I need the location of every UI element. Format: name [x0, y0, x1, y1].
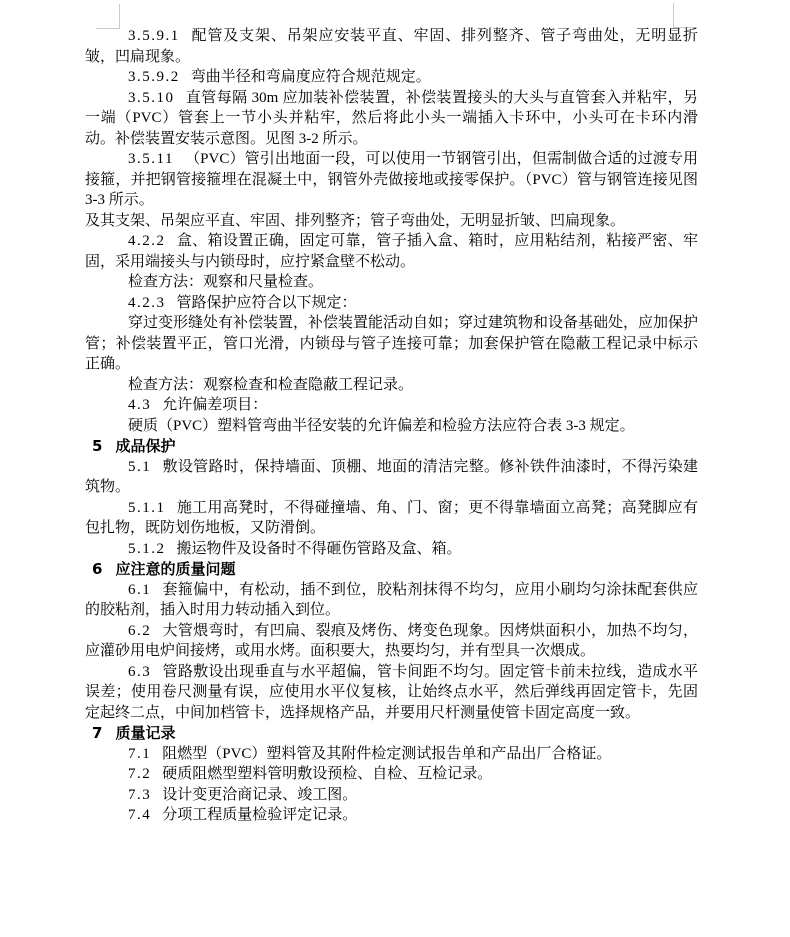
- clause-5-1-1[interactable]: 5.1.1施工用高凳时，不得碰撞墙、角、门、窗；更不得靠墙面立高凳；高凳脚应有包…: [85, 498, 698, 539]
- margin-crop-mark-top-right: [673, 3, 697, 28]
- clause-text: 敷设管路时，保持墙面、顶棚、地面的清洁完整。修补铁件油漆时，不得污染建筑物。: [85, 459, 698, 496]
- clause-number: 7.1: [128, 746, 162, 762]
- clause-text: 分项工程质量检验评定记录。: [162, 807, 357, 823]
- section-title: 应注意的质量问题: [115, 560, 235, 578]
- clause-text: 管路保护应符合以下规定：: [177, 295, 357, 311]
- clause-4-2-1-continuation[interactable]: 及其支架、吊架应平直、牢固、排列整齐；管子弯曲处，无明显折皱、凹扁现象。: [85, 211, 698, 232]
- section-heading-7[interactable]: 7质量记录: [85, 723, 698, 744]
- clause-number: 6.1: [128, 582, 162, 598]
- clause-text: 管路敷设出现垂直与水平超偏，管卡间距不均匀。固定管卡前未拉线，造成水平误差；使用…: [85, 664, 698, 721]
- clause-3-5-10[interactable]: 3.5.10直管每隔 30m 应加装补偿装置，补偿装置接头的大头与直管套入并粘牢…: [85, 88, 698, 150]
- document-page: 3.5.9.1配管及支架、吊架应安装平直、牢固、排列整齐、管子弯曲处，无明显折皱…: [0, 0, 790, 937]
- clause-6-3[interactable]: 6.3管路敷设出现垂直与水平超偏，管卡间距不均匀。固定管卡前未拉线，造成水平误差…: [85, 662, 698, 724]
- clause-text: 大管煨弯时，有凹扁、裂痕及烤伤、烤变色现象。因烤烘面积小，加热不均匀，应灌砂用电…: [85, 623, 698, 660]
- clause-text: 检查方法：观察检查和检查隐蔽工程记录。: [128, 377, 413, 393]
- section-title: 质量记录: [115, 724, 175, 742]
- clause-text: 及其支架、吊架应平直、牢固、排列整齐；管子弯曲处，无明显折皱、凹扁现象。: [85, 213, 625, 229]
- section-number: 6: [92, 560, 115, 578]
- clause-number: 3.5.9.2: [128, 69, 191, 85]
- clause-number: 3.5.11: [128, 151, 185, 167]
- clause-number: 5.1.1: [128, 500, 177, 516]
- clause-3-5-9-1[interactable]: 3.5.9.1配管及支架、吊架应安装平直、牢固、排列整齐、管子弯曲处，无明显折皱…: [85, 26, 698, 67]
- clause-7-2[interactable]: 7.2硬质阻燃型塑料管明敷设预检、自检、互检记录。: [85, 764, 698, 785]
- clause-7-3[interactable]: 7.3设计变更洽商记录、竣工图。: [85, 785, 698, 806]
- clause-text: 检查方法：观察和尺量检查。: [128, 274, 323, 290]
- section-heading-5[interactable]: 5成品保护: [85, 436, 698, 457]
- clause-4-2-2[interactable]: 4.2.2盒、箱设置正确，固定可靠，管子插入盒、箱时，应用粘结剂，粘接严密、牢固…: [85, 231, 698, 272]
- clause-number: 3.5.10: [128, 90, 186, 106]
- clause-text: 弯曲半径和弯扁度应符合规范规定。: [191, 69, 431, 85]
- clause-text: 硬质阻燃型塑料管明敷设预检、自检、互检记录。: [162, 766, 492, 782]
- clause-text: 硬质（PVC）塑料管弯曲半径安装的允许偏差和检验方法应符合表 3-3 规定。: [128, 418, 635, 434]
- clause-number: 6.3: [128, 664, 162, 680]
- clause-5-1-2[interactable]: 5.1.2搬运物件及设备时不得砸伤管路及盒、箱。: [85, 539, 698, 560]
- clause-number: 7.3: [128, 787, 162, 803]
- clause-5-1[interactable]: 5.1敷设管路时，保持墙面、顶棚、地面的清洁完整。修补铁件油漆时，不得污染建筑物…: [85, 457, 698, 498]
- clause-4-2-3[interactable]: 4.2.3管路保护应符合以下规定：: [85, 293, 698, 314]
- clause-6-2[interactable]: 6.2大管煨弯时，有凹扁、裂痕及烤伤、烤变色现象。因烤烘面积小，加热不均匀，应灌…: [85, 621, 698, 662]
- clause-text: 套箍偏中，有松动，插不到位，胶粘剂抹得不均匀，应用小刷均匀涂抹配套供应的胶粘剂，…: [85, 582, 698, 619]
- section-number: 5: [92, 437, 115, 455]
- clause-number: 6.2: [128, 623, 162, 639]
- clause-7-1[interactable]: 7.1阻燃型（PVC）塑料管及其附件检定测试报告单和产品出厂合格证。: [85, 744, 698, 765]
- clause-3-5-11[interactable]: 3.5.11（PVC）管引出地面一段，可以使用一节钢管引出，但需制做合适的过渡专…: [85, 149, 698, 211]
- document-text-area[interactable]: 3.5.9.1配管及支架、吊架应安装平直、牢固、排列整齐、管子弯曲处，无明显折皱…: [85, 26, 698, 826]
- clause-text: 穿过变形缝处有补偿装置，补偿装置能活动自如；穿过建筑物和设备基础处，应加保护管；…: [85, 315, 698, 372]
- clause-7-4[interactable]: 7.4分项工程质量检验评定记录。: [85, 805, 698, 826]
- clause-number: 5.1.2: [128, 541, 177, 557]
- clause-text: 搬运物件及设备时不得砸伤管路及盒、箱。: [177, 541, 462, 557]
- clause-4-3[interactable]: 4.3允许偏差项目：: [85, 395, 698, 416]
- section-number: 7: [92, 724, 115, 742]
- clause-4-3-provisions[interactable]: 硬质（PVC）塑料管弯曲半径安装的允许偏差和检验方法应符合表 3-3 规定。: [85, 416, 698, 437]
- check-method-4-2-3[interactable]: 检查方法：观察检查和检查隐蔽工程记录。: [85, 375, 698, 396]
- clause-4-2-3-provisions[interactable]: 穿过变形缝处有补偿装置，补偿装置能活动自如；穿过建筑物和设备基础处，应加保护管；…: [85, 313, 698, 375]
- clause-number: 4.2.2: [128, 233, 177, 249]
- clause-text: 允许偏差项目：: [162, 397, 267, 413]
- clause-text: 施工用高凳时，不得碰撞墙、角、门、窗；更不得靠墙面立高凳；高凳脚应有包扎物，既防…: [85, 500, 698, 537]
- clause-number: 5.1: [128, 459, 162, 475]
- clause-text: 设计变更洽商记录、竣工图。: [162, 787, 357, 803]
- clause-number: 7.4: [128, 807, 162, 823]
- clause-6-1[interactable]: 6.1套箍偏中，有松动，插不到位，胶粘剂抹得不均匀，应用小刷均匀涂抹配套供应的胶…: [85, 580, 698, 621]
- clause-text: 阻燃型（PVC）塑料管及其附件检定测试报告单和产品出厂合格证。: [162, 746, 611, 762]
- clause-text: 盒、箱设置正确，固定可靠，管子插入盒、箱时，应用粘结剂，粘接严密、牢固，采用端接…: [85, 233, 698, 270]
- section-title: 成品保护: [115, 437, 175, 455]
- clause-number: 4.2.3: [128, 295, 177, 311]
- clause-number: 3.5.9.1: [128, 28, 191, 44]
- section-heading-6[interactable]: 6应注意的质量问题: [85, 559, 698, 580]
- clause-3-5-9-2[interactable]: 3.5.9.2弯曲半径和弯扁度应符合规范规定。: [85, 67, 698, 88]
- clause-number: 7.2: [128, 766, 162, 782]
- check-method-4-2-2[interactable]: 检查方法：观察和尺量检查。: [85, 272, 698, 293]
- clause-number: 4.3: [128, 397, 162, 413]
